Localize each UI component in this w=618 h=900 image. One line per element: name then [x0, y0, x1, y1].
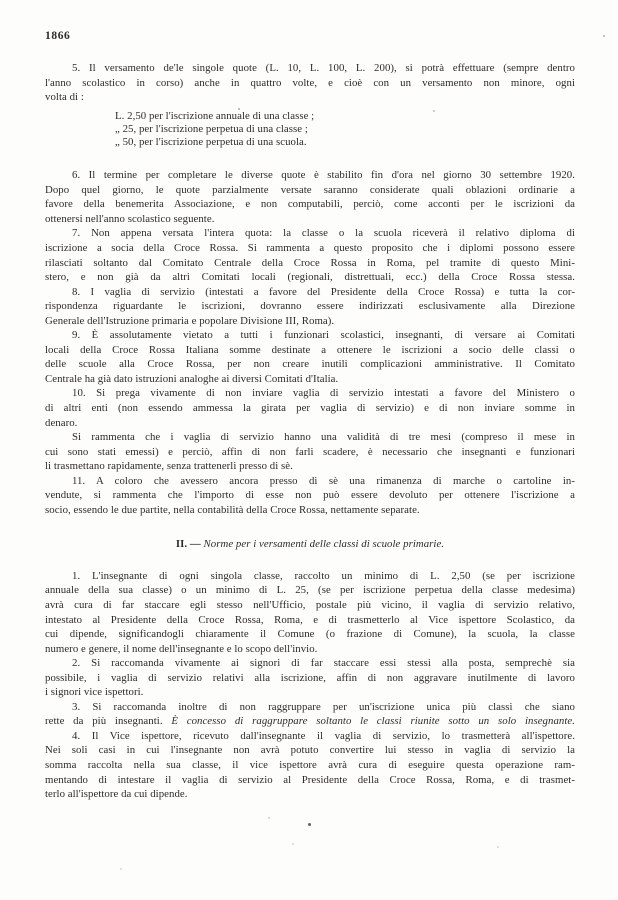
text-line: 8. I vaglia di servizio (intestati a fav…: [45, 285, 575, 300]
scan-noise-speck: [497, 846, 499, 848]
paragraph-9: 9. È assolutamente vietato a tutti i fun…: [45, 328, 575, 386]
text-line: stero, e non già da altri Comitati local…: [45, 270, 575, 285]
text-line: delle scuole alla Croce Rossa, per non c…: [45, 357, 575, 372]
scanned-document-page: 1866 5. Il versamento de'le singole quot…: [0, 0, 618, 900]
text-line: terlo all'ispettore da cui dipende.: [45, 787, 575, 802]
page-number: 1866: [45, 30, 70, 42]
text-line: denaro.: [45, 416, 575, 431]
fee-item: „ 50, per l'iscrizione perpetua di una s…: [115, 136, 575, 149]
heading-title: Norme per i versamenti delle classi di s…: [204, 538, 445, 550]
text-line: avrà cura di far staccare egli stesso ne…: [45, 598, 575, 613]
text-line: volta di :: [45, 90, 575, 105]
scan-noise-speck: [433, 110, 435, 112]
paragraph-5: 5. Il versamento de'le singole quote (L.…: [45, 61, 575, 105]
scan-noise-speck: [308, 823, 311, 826]
text-line: rette da più insegnanti. È concesso di r…: [45, 714, 575, 729]
text-line: cui dipende, significandogli chiaramente…: [45, 627, 575, 642]
section2-paragraph-4: 4. Il Vice ispettore, ricevuto dall'inse…: [45, 729, 575, 802]
text-line: locali della Croce Rossa Italiana somme …: [45, 343, 575, 358]
text-line: 10. Si prega vivamente di non inviare va…: [45, 386, 575, 401]
text-line: 2. Si raccomanda vivamente ai signori di…: [45, 656, 575, 671]
text-line: possibile, i vaglia di servizio relativi…: [45, 671, 575, 686]
scan-noise-speck: [238, 108, 240, 110]
text-line: vendute, si rammenta che l'importo di es…: [45, 488, 575, 503]
text-line: l'anno scolastico in corso) anche in qua…: [45, 76, 575, 91]
text-line: numero e genere, il nome dell'insegnante…: [45, 642, 575, 657]
text-line: socio, essendo le due partite, nella con…: [45, 503, 575, 518]
text-line: Dopo quel giorno, le quote parzialmente …: [45, 183, 575, 198]
text-line: 9. È assolutamente vietato a tutti i fun…: [45, 328, 575, 343]
text-line: annuale della sua classe) o un minimo di…: [45, 583, 575, 598]
document-body: 5. Il versamento de'le singole quote (L.…: [45, 61, 575, 802]
text-line: Nei soli casi in cui l'insegnante non av…: [45, 743, 575, 758]
text-line: ottenersi nell'anno scolastico seguente.: [45, 212, 575, 227]
text-line: rilasciati soltanto dal Comitato Central…: [45, 256, 575, 271]
text-line: iscrizione a socia della Croce Rossa. Si…: [45, 241, 575, 256]
text-line: favore della benemerita Associazione, e …: [45, 197, 575, 212]
text-line: di altri enti (non essendo ammessa la gi…: [45, 401, 575, 416]
text-line: 4. Il Vice ispettore, ricevuto dall'inse…: [45, 729, 575, 744]
section2-paragraph-1: 1. L'insegnante di ogni singola classe, …: [45, 569, 575, 656]
text-line: 6. Il termine per completare le diverse …: [45, 168, 575, 183]
text-line: 1. L'insegnante di ogni singola classe, …: [45, 569, 575, 584]
text-line: 7. Non appena versata l'intera quota: la…: [45, 226, 575, 241]
fee-list: L. 2,50 per l'iscrizione annuale di una …: [115, 110, 575, 150]
fee-item: L. 2,50 per l'iscrizione annuale di una …: [115, 110, 575, 123]
text-line: 3. Si raccomanda inoltre di non raggrupp…: [45, 700, 575, 715]
section2-paragraph-2: 2. Si raccomanda vivamente ai signori di…: [45, 656, 575, 700]
text-line: li trasmettano rapidamente, senza tratte…: [45, 459, 575, 474]
scan-noise-speck: [120, 868, 122, 870]
text-line: i signori vice ispettori.: [45, 685, 575, 700]
text-line: 5. Il versamento de'le singole quote (L.…: [45, 61, 575, 76]
section2-paragraph-3: 3. Si raccomanda inoltre di non raggrupp…: [45, 700, 575, 729]
fee-item: „ 25, per l'iscrizione perpetua di una c…: [115, 123, 575, 136]
italic-note: È concesso di raggruppare soltanto le cl…: [171, 715, 575, 727]
text-line: rispondenza riguardante le iscrizioni, d…: [45, 299, 575, 314]
text-line: mentando di intestare il vaglia di servi…: [45, 773, 575, 788]
scan-noise-speck: [292, 843, 294, 845]
paragraph-7: 7. Non appena versata l'intera quota: la…: [45, 226, 575, 284]
paragraph-10: 10. Si prega vivamente di non inviare va…: [45, 386, 575, 430]
paragraph-11: 11. A coloro che avessero ancora presso …: [45, 474, 575, 518]
text-line: 11. A coloro che avessero ancora presso …: [45, 474, 575, 489]
text-line: cui sono stati emessi) e perciò, affin d…: [45, 445, 575, 460]
paragraph-6: 6. Il termine per completare le diverse …: [45, 168, 575, 226]
text-line: Generale dell'Istruzione primaria e popo…: [45, 314, 575, 329]
paragraph-8: 8. I vaglia di servizio (intestati a fav…: [45, 285, 575, 329]
scan-noise-speck: [268, 817, 270, 819]
text-line: somma raccolta nella sua classe, il vice…: [45, 758, 575, 773]
text-line: Si rammenta che i vaglia di servizio han…: [45, 430, 575, 445]
heading-numeral: II. —: [176, 538, 204, 550]
section-heading: II. — Norme per i versamenti delle class…: [45, 537, 575, 552]
text-segment: rette da più insegnanti.: [45, 715, 171, 727]
text-line: Centrale ha già dato istruzioni analoghe…: [45, 372, 575, 387]
paragraph-10-note: Si rammenta che i vaglia di servizio han…: [45, 430, 575, 474]
text-line: intestato al Presidente della Croce Ross…: [45, 613, 575, 628]
scan-noise-speck: [603, 35, 605, 37]
